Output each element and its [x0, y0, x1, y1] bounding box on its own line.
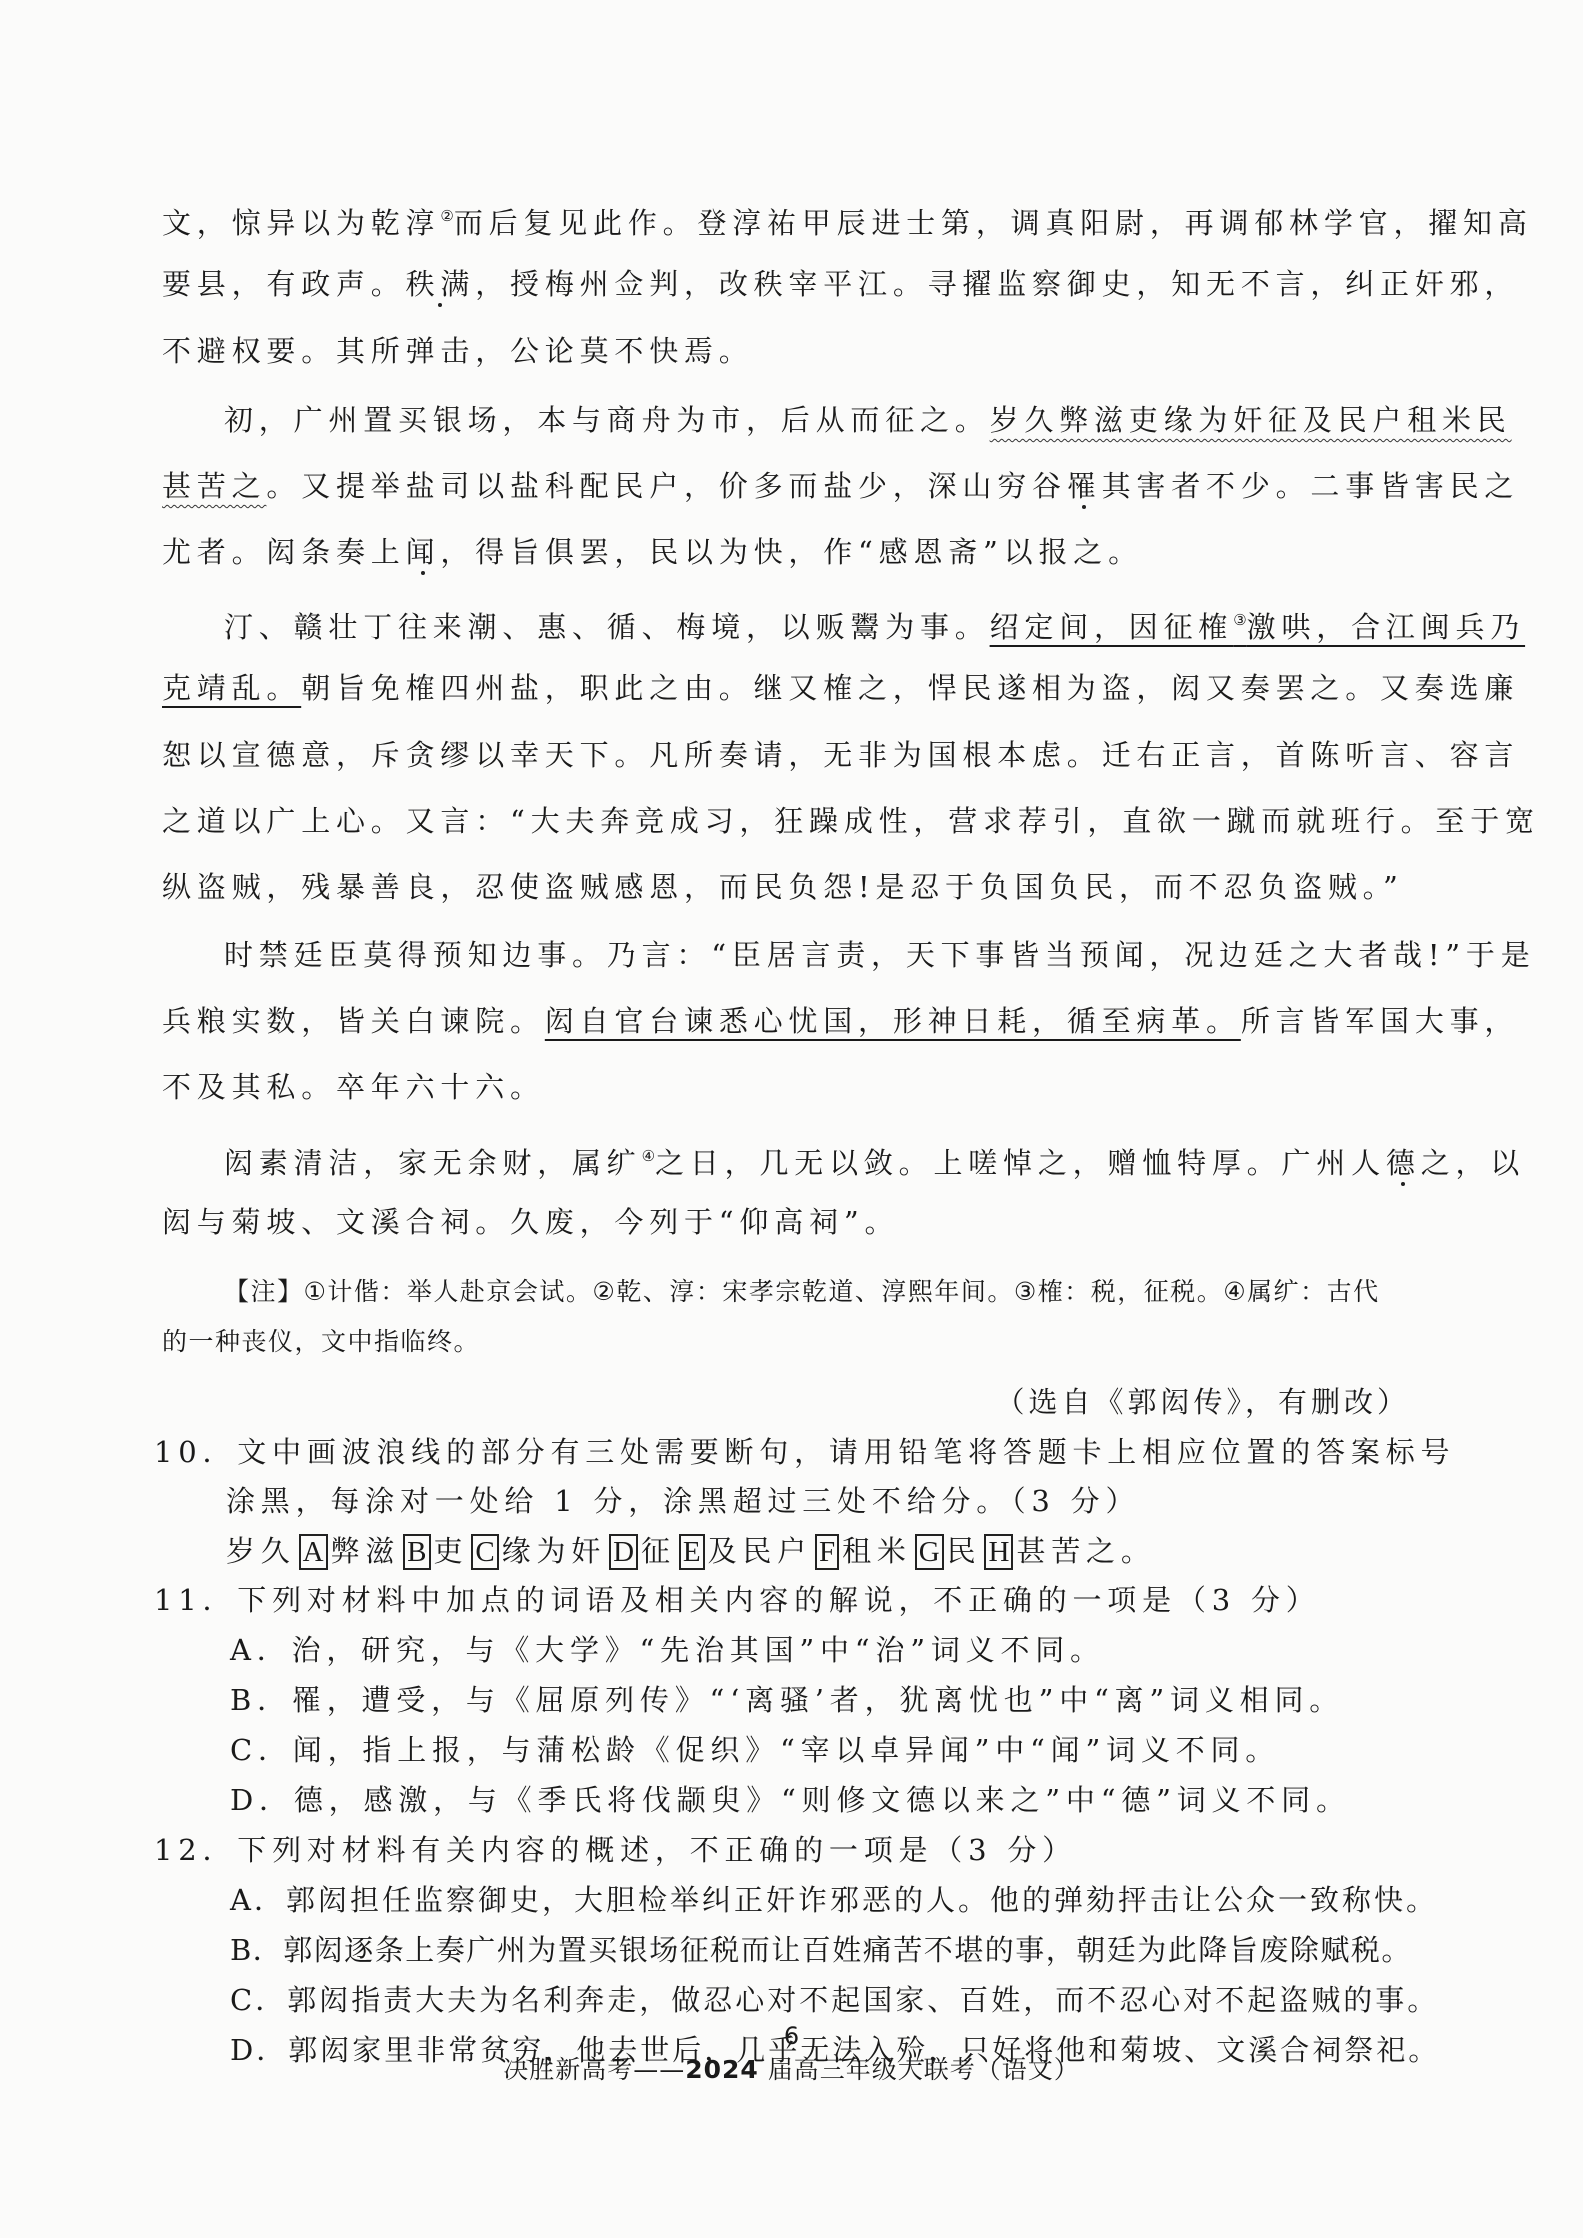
text: 汀、赣壮丁往来潮、惠、循、梅境，以贩鬻为事。	[224, 610, 990, 644]
passage-line-15: 闳素清洁，家无余财，属纩④之日，几无以敛。上嗟悼之，赠恤特厚。广州人德之，以	[224, 1136, 1525, 1183]
segment: 岁久	[226, 1534, 296, 1568]
text: 所言皆军国大事，	[1241, 1004, 1519, 1038]
text: 恕以宣德意，斥贪缪以幸天下。凡所奏请，无非为国根本虑。迁右正言，首陈听言、容言	[162, 738, 1519, 772]
break-box-g[interactable]: G	[915, 1534, 944, 1570]
footnote-marker: ②	[440, 207, 453, 225]
segment: 缘为奸	[502, 1534, 606, 1568]
break-box-b[interactable]: B	[403, 1534, 430, 1570]
year: 2024	[685, 2055, 759, 2084]
footnote-line-1: 【注】①计偕：举人赴京会试。②乾、淳：宋孝宗乾道、淳熙年间。③榷：税，征税。④属…	[224, 1272, 1380, 1312]
segment: 征	[641, 1534, 676, 1568]
text: 初，广州置买银场，本与商舟为市，后从而征之。	[224, 403, 990, 437]
underlined-sentence-1: 绍定间，因征榷③激哄，合江闽兵乃	[990, 610, 1525, 644]
text: 其害者不少。二事皆害民之	[1102, 469, 1520, 503]
text: 不避权要。其所弹击，公论莫不快焉。	[162, 334, 754, 368]
footer-title: 决胜新高考——2024 届高三年级大联考（语文）	[0, 2050, 1583, 2086]
text: 。又提举盐司以盐科配民户，价多而盐少，深山穷谷	[266, 469, 1066, 503]
q12-option-b[interactable]: B．郭闳逐条上奏广州为置买银场征税而让百姓痛苦不堪的事，朝廷为此降旨废除赋税。	[230, 1930, 1412, 1970]
break-box-e[interactable]: E	[679, 1534, 705, 1570]
break-box-f[interactable]: F	[815, 1534, 839, 1570]
text: 闳素清洁，家无余财，属纩	[224, 1146, 642, 1180]
underlined-sentence-2: 闳自官台谏悉心忧国，形神日耗，循至病革。	[545, 1004, 1241, 1038]
text: ，得旨俱罢，民以为快，作“感恩斋”以报之。	[440, 535, 1142, 569]
passage-line-9: 恕以宣德意，斥贪缪以幸天下。凡所奏请，无非为国根本虑。迁右正言，首陈听言、容言	[162, 735, 1519, 775]
text: 纵盗贼，残暴善良，忍使盗贼感恩，而民负怨!是忍于负国负民，而不忍负盗贼。”	[162, 870, 1404, 904]
dotted-word-li: 罹	[1067, 469, 1102, 503]
segment: 甚苦之。	[1016, 1534, 1155, 1568]
footnote-line-2: 的一种丧仪，文中指临终。	[162, 1322, 480, 1362]
segment: 租米	[842, 1534, 912, 1568]
wavy-underlined-text: 甚苦之	[162, 469, 266, 503]
text: 时禁廷臣莫得预知边事。乃言：“臣居言责，天下事皆当预闻，况边廷之大者哉!”于是	[224, 938, 1536, 972]
q11-option-b[interactable]: B．罹，遭受，与《屈原列传》“‘离骚’者，犹离忧也”中“离”词义相同。	[230, 1680, 1344, 1720]
passage-line-6: 尤者。闳条奏上闻，得旨俱罢，民以为快，作“感恩斋”以报之。	[162, 532, 1143, 572]
passage-line-5: 甚苦之。又提举盐司以盐科配民户，价多而盐少，深山穷谷罹其害者不少。二事皆害民之	[162, 466, 1519, 506]
passage-line-16: 闳与菊坡、文溪合祠。久废，今列于“仰高祠”。	[162, 1202, 899, 1242]
passage-line-10: 之道以广上心。又言：“大夫奔竞成习，狂躁成性，营求荐引，直欲一蹴而就班行。至于宽	[162, 801, 1540, 841]
footnote-marker: ④	[642, 1147, 655, 1165]
q11-option-c[interactable]: C．闻，指上报，与蒲松龄《促织》“宰以卓异闻”中“闻”词义不同。	[230, 1730, 1280, 1770]
text: 兵粮实数，皆关白谏院。	[162, 1004, 545, 1038]
text: 之，以	[1421, 1146, 1525, 1180]
passage-line-7: 汀、赣壮丁往来潮、惠、循、梅境，以贩鬻为事。绍定间，因征榷③激哄，合江闽兵乃	[224, 600, 1525, 647]
q12-option-a[interactable]: A．郭闳担任监察御史，大胆检举纠正奸诈邪恶的人。他的弹劾抨击让公众一致称快。	[230, 1880, 1438, 1920]
text: 闳与菊坡、文溪合祠。久废，今列于“仰高祠”。	[162, 1205, 899, 1239]
text: 决胜新高考——	[503, 2055, 685, 2084]
text: 届高三年级大联考（语文）	[759, 2055, 1080, 2084]
passage-line-14: 不及其私。卒年六十六。	[162, 1067, 545, 1107]
q12-stem: 12．下列对材料有关内容的概述，不正确的一项是（3 分）	[154, 1830, 1077, 1870]
break-box-a[interactable]: A	[299, 1534, 328, 1570]
text: 激哄，合江闽兵乃	[1247, 610, 1525, 644]
q11-stem: 11．下列对材料中加点的词语及相关内容的解说，不正确的一项是（3 分）	[154, 1580, 1321, 1620]
text: 而后复见此作。登淳祐甲辰进士第，调真阳尉，再调郁林学官，擢知高	[454, 206, 1533, 240]
q10-stem-line-2: 涂黑，每涂对一处给 1 分，涂黑超过三处不给分。（3 分）	[226, 1481, 1140, 1521]
passage-line-11: 纵盗贼，残暴善良，忍使盗贼感恩，而民负怨!是忍于负国负民，而不忍负盗贼。”	[162, 867, 1404, 907]
passage-line-13: 兵粮实数，皆关白谏院。闳自官台谏悉心忧国，形神日耗，循至病革。所言皆军国大事，	[162, 1001, 1519, 1041]
wavy-underlined-text: 岁久弊滋吏缘为奸征及民户租米民	[990, 403, 1512, 437]
passage-line-3: 不避权要。其所弹击，公论莫不快焉。	[162, 331, 754, 371]
dotted-word-de: 德	[1386, 1146, 1421, 1180]
segment: 吏	[434, 1534, 469, 1568]
footnote-marker: ③	[1233, 611, 1246, 629]
q10-answer-segments: 岁久A弊滋B吏C缘为奸D征E及民户F租米G民H甚苦之。	[226, 1531, 1156, 1571]
underlined-sentence-1-end: 克靖乱。	[162, 671, 301, 705]
q11-option-d[interactable]: D．德，感激，与《季氏将伐颛臾》“则修文德以来之”中“德”词义不同。	[230, 1780, 1351, 1820]
text: 尤者。闳条奏上	[162, 535, 406, 569]
text: 朝旨免榷四州盐，职此之由。继又榷之，悍民遂相为盗，闳又奏罢之。又奏选廉	[301, 671, 1519, 705]
dotted-word-zhiman: 秩满	[406, 267, 476, 301]
break-box-h[interactable]: H	[984, 1534, 1013, 1570]
passage-line-12: 时禁廷臣莫得预知边事。乃言：“臣居言责，天下事皆当预闻，况边廷之大者哉!”于是	[224, 935, 1536, 975]
break-box-d[interactable]: D	[609, 1534, 638, 1570]
q11-option-a[interactable]: A．治，研究，与《大学》“先治其国”中“治”词义不同。	[230, 1630, 1105, 1670]
page-number: 6	[0, 2022, 1583, 2050]
break-box-c[interactable]: C	[471, 1534, 498, 1570]
text: 绍定间，因征榷	[990, 610, 1234, 644]
passage-line-4: 初，广州置买银场，本与商舟为市，后从而征之。岁久弊滋吏缘为奸征及民户租米民	[224, 400, 1512, 440]
q12-option-c[interactable]: C．郭闳指责大夫为名利奔走，做忍心对不起国家、百姓，而不忍心对不起盗贼的事。	[230, 1980, 1439, 2020]
q10-stem-line-1: 10．文中画波浪线的部分有三处需要断句，请用铅笔将答题卡上相应位置的答案标号	[154, 1432, 1455, 1472]
segment: 及民户	[708, 1534, 812, 1568]
text: 文，惊异以为乾淳	[162, 206, 440, 240]
passage-line-1: 文，惊异以为乾淳②而后复见此作。登淳祐甲辰进士第，调真阳尉，再调郁林学官，擢知高	[162, 196, 1533, 243]
text: 不及其私。卒年六十六。	[162, 1070, 545, 1104]
text: 要县，有政声。	[162, 267, 406, 301]
text: ，授梅州佥判，改秩宰平江。寻擢监察御史，知无不言，纠正奸邪，	[475, 267, 1519, 301]
text: 之日，几无以敛。上嗟悼之，赠恤特厚。广州人	[655, 1146, 1386, 1180]
segment: 弊滋	[331, 1534, 401, 1568]
text: 之道以广上心。又言：“大夫奔竞成习，狂躁成性，营求荐引，直欲一蹴而就班行。至于宽	[162, 804, 1540, 838]
segment: 民	[947, 1534, 982, 1568]
passage-line-8: 克靖乱。朝旨免榷四州盐，职此之由。继又榷之，悍民遂相为盗，闳又奏罢之。又奏选廉	[162, 668, 1519, 708]
dotted-word-wen: 闻	[406, 535, 441, 569]
source-citation: （选自《郭闳传》，有删改）	[995, 1382, 1410, 1422]
passage-line-2: 要县，有政声。秩满，授梅州佥判，改秩宰平江。寻擢监察御史，知无不言，纠正奸邪，	[162, 264, 1519, 304]
